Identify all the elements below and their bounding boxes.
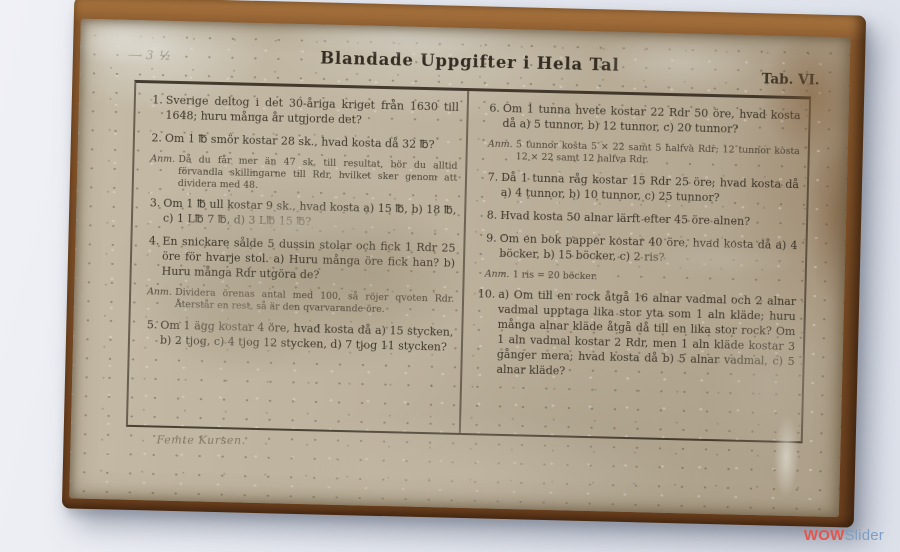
problem-item: 7. Då 1 tunna råg kostar 15 Rdr 25 öre; … bbox=[479, 169, 800, 207]
watermark-wow-text: WOW bbox=[804, 527, 845, 544]
annotation-label: Anm. bbox=[150, 153, 175, 165]
wooden-tablet: — 3 ½ Blandade Uppgifter i Hela Tal Tab.… bbox=[62, 0, 866, 528]
problem-text: Om en bok papper kostar 40 öre, hvad kos… bbox=[499, 231, 797, 263]
problem-text: Då 1 tunna råg kostar 15 Rdr 25 öre; hva… bbox=[501, 170, 799, 203]
annotation-label: Anm. bbox=[488, 139, 513, 151]
watermark-slider-text: Slider bbox=[844, 527, 884, 544]
page-title: Blandade Uppgifter i Hela Tal bbox=[200, 45, 740, 77]
left-column: 1. Sverige deltog i det 30-åriga kriget … bbox=[128, 83, 467, 433]
problem-text: Sverige deltog i det 30-åriga kriget frå… bbox=[165, 94, 459, 127]
problem-number: 1. bbox=[144, 92, 163, 107]
annotation-item: Anm. 5 tunnor kosta 5 × 22 samt 5 halfva… bbox=[480, 138, 800, 169]
annotation-text: Då du får mer än 47 sk. till resultat, b… bbox=[178, 154, 458, 191]
printed-page: — 3 ½ Blandade Uppgifter i Hela Tal Tab.… bbox=[69, 19, 850, 518]
tab-number-label: Tab. VI. bbox=[762, 71, 820, 88]
problem-number: 3. bbox=[141, 195, 160, 210]
problem-text: Om 1 ℔ ull kostar 9 sk., hvad kosta a) 1… bbox=[163, 197, 457, 229]
problem-item: 5. Om 1 ägg kostar 4 öre, hvad kosta då … bbox=[138, 317, 454, 355]
photo-background: — 3 ½ Blandade Uppgifter i Hela Tal Tab.… bbox=[0, 0, 900, 552]
problem-number: 4. bbox=[140, 233, 159, 248]
problem-item: 10. a) Om till en rock åtgå 16 alnar vad… bbox=[474, 287, 796, 385]
problem-item: 9. Om en bok papper kostar 40 öre, hvad … bbox=[477, 230, 798, 268]
annotation-item: Anm. Dividera örenas antal med 100, så r… bbox=[139, 286, 455, 317]
annotation-text: Dividera örenas antal med 100, så röjer … bbox=[175, 287, 455, 315]
annotation-item: Anm. 1 ris = 20 böcker. bbox=[477, 268, 797, 288]
problem-text: Om 1 tunna hvete kostar 22 Rdr 50 öre, h… bbox=[502, 102, 800, 136]
wowslider-watermark[interactable]: WOWSlider bbox=[804, 527, 884, 544]
problem-number: 6. bbox=[481, 100, 500, 115]
problem-item: 2. Om 1 ℔ smör kostar 28 sk., hvad kosta… bbox=[143, 130, 458, 153]
problem-number: 5. bbox=[138, 317, 157, 332]
problem-item: 1. Sverige deltog i det 30-åriga kriget … bbox=[143, 92, 459, 130]
annotation-text: 5 tunnor kosta 5 × 22 samt 5 halfva Rdr;… bbox=[516, 139, 800, 165]
problem-item: 8. Hvad kosta 50 alnar lärft efter 45 ör… bbox=[478, 207, 798, 230]
page-mark: — 3 ½ bbox=[128, 48, 172, 63]
problem-text: En snickare sålde 5 dussin stolar och fi… bbox=[162, 235, 456, 282]
problem-text: Om 1 ℔ smör kostar 28 sk., hvad kosta då… bbox=[165, 132, 435, 152]
annotation-text: 1 ris = 20 böcker. bbox=[513, 269, 598, 282]
right-column: 6. Om 1 tunna hvete kostar 22 Rdr 50 öre… bbox=[459, 91, 809, 441]
problems-frame: 1. Sverige deltog i det 30-åriga kriget … bbox=[126, 80, 811, 443]
aged-paper-label: — 3 ½ Blandade Uppgifter i Hela Tal Tab.… bbox=[69, 19, 850, 518]
course-footer-note: Femte Kursen. bbox=[157, 433, 246, 447]
annotation-label: Anm. bbox=[147, 287, 172, 299]
annotation-label: Anm. bbox=[485, 268, 510, 280]
problem-item: 3. Om 1 ℔ ull kostar 9 sk., hvad kosta a… bbox=[141, 195, 457, 233]
problem-item: 4. En snickare sålde 5 dussin stolar och… bbox=[140, 233, 456, 286]
problem-number: 9. bbox=[478, 230, 497, 245]
problem-number: 10. bbox=[476, 287, 495, 302]
problem-text: Om 1 ägg kostar 4 öre, hvad kosta då a) … bbox=[160, 319, 454, 354]
problem-item: 6. Om 1 tunna hvete kostar 22 Rdr 50 öre… bbox=[480, 100, 801, 138]
problem-number: 7. bbox=[479, 169, 498, 184]
problem-number: 2. bbox=[143, 130, 162, 145]
annotation-item: Anm. Då du får mer än 47 sk. till result… bbox=[142, 153, 458, 196]
problem-number: 8. bbox=[478, 207, 497, 222]
problem-text: Hvad kosta 50 alnar lärft efter 45 öre a… bbox=[500, 208, 750, 227]
problem-text: a) Om till en rock åtgå 16 alnar vadmal … bbox=[496, 288, 796, 378]
